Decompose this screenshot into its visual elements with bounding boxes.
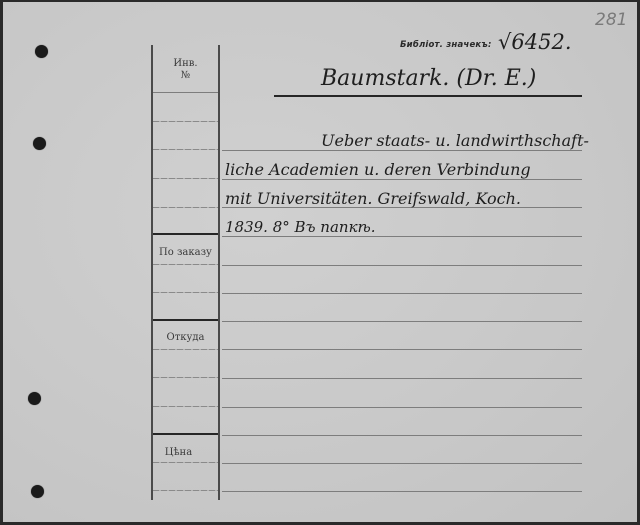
- row-rule: [153, 292, 218, 293]
- author-heading: Baumstark. (Dr. E.): [321, 66, 536, 91]
- row-rule: [153, 207, 218, 208]
- text-rule: [222, 236, 582, 237]
- inventory-header: Инв.: [153, 58, 218, 70]
- punch-hole: [35, 45, 48, 58]
- shelfmark-value: √6452.: [498, 30, 572, 54]
- section-divider: [153, 319, 218, 321]
- pencil-card-number: 281: [595, 10, 627, 30]
- header-rule: [153, 92, 218, 93]
- text-rule: [222, 179, 582, 180]
- section-divider: [153, 233, 218, 235]
- by-order-label: По заказу: [153, 247, 218, 259]
- text-rule: [222, 321, 582, 322]
- author-rule: [274, 95, 582, 97]
- left-column-border: [151, 45, 153, 500]
- text-rule: [222, 491, 582, 492]
- title-line-3: mit Universitäten. Greifswald, Koch.: [225, 189, 521, 208]
- title-line-2: liche Academien u. deren Verbindung: [225, 160, 531, 179]
- inventory-number-label: Инв. №: [153, 58, 218, 82]
- row-rule: [153, 406, 218, 407]
- text-rule: [222, 349, 582, 350]
- row-rule: [153, 377, 218, 378]
- section-divider: [153, 433, 218, 435]
- row-rule: [153, 264, 218, 265]
- text-rule: [222, 265, 582, 266]
- catalog-card: Инв. № По заказу Откуда Цѣна 281 Библіот…: [3, 2, 637, 522]
- text-rule: [222, 435, 582, 436]
- text-rule: [222, 378, 582, 379]
- title-line-1: Ueber staats- u. landwirthschaft-: [321, 131, 589, 150]
- text-rule: [222, 150, 582, 151]
- punch-hole: [28, 392, 41, 405]
- text-rule: [222, 407, 582, 408]
- text-rule: [222, 463, 582, 464]
- left-column-border: [218, 45, 220, 500]
- punch-hole: [33, 137, 46, 150]
- number-sign: №: [153, 70, 218, 82]
- row-rule: [153, 149, 218, 150]
- row-rule: [153, 349, 218, 350]
- row-rule: [153, 490, 218, 491]
- row-rule: [153, 462, 218, 463]
- row-rule: [153, 178, 218, 179]
- text-rule: [222, 293, 582, 294]
- shelfmark-label: Библіот. значекъ:: [400, 40, 492, 50]
- price-label: Цѣна: [151, 447, 206, 459]
- source-label: Откуда: [153, 332, 218, 344]
- title-line-4: 1839. 8° Въ папкѣ.: [225, 218, 376, 236]
- row-rule: [153, 121, 218, 122]
- punch-hole: [31, 485, 44, 498]
